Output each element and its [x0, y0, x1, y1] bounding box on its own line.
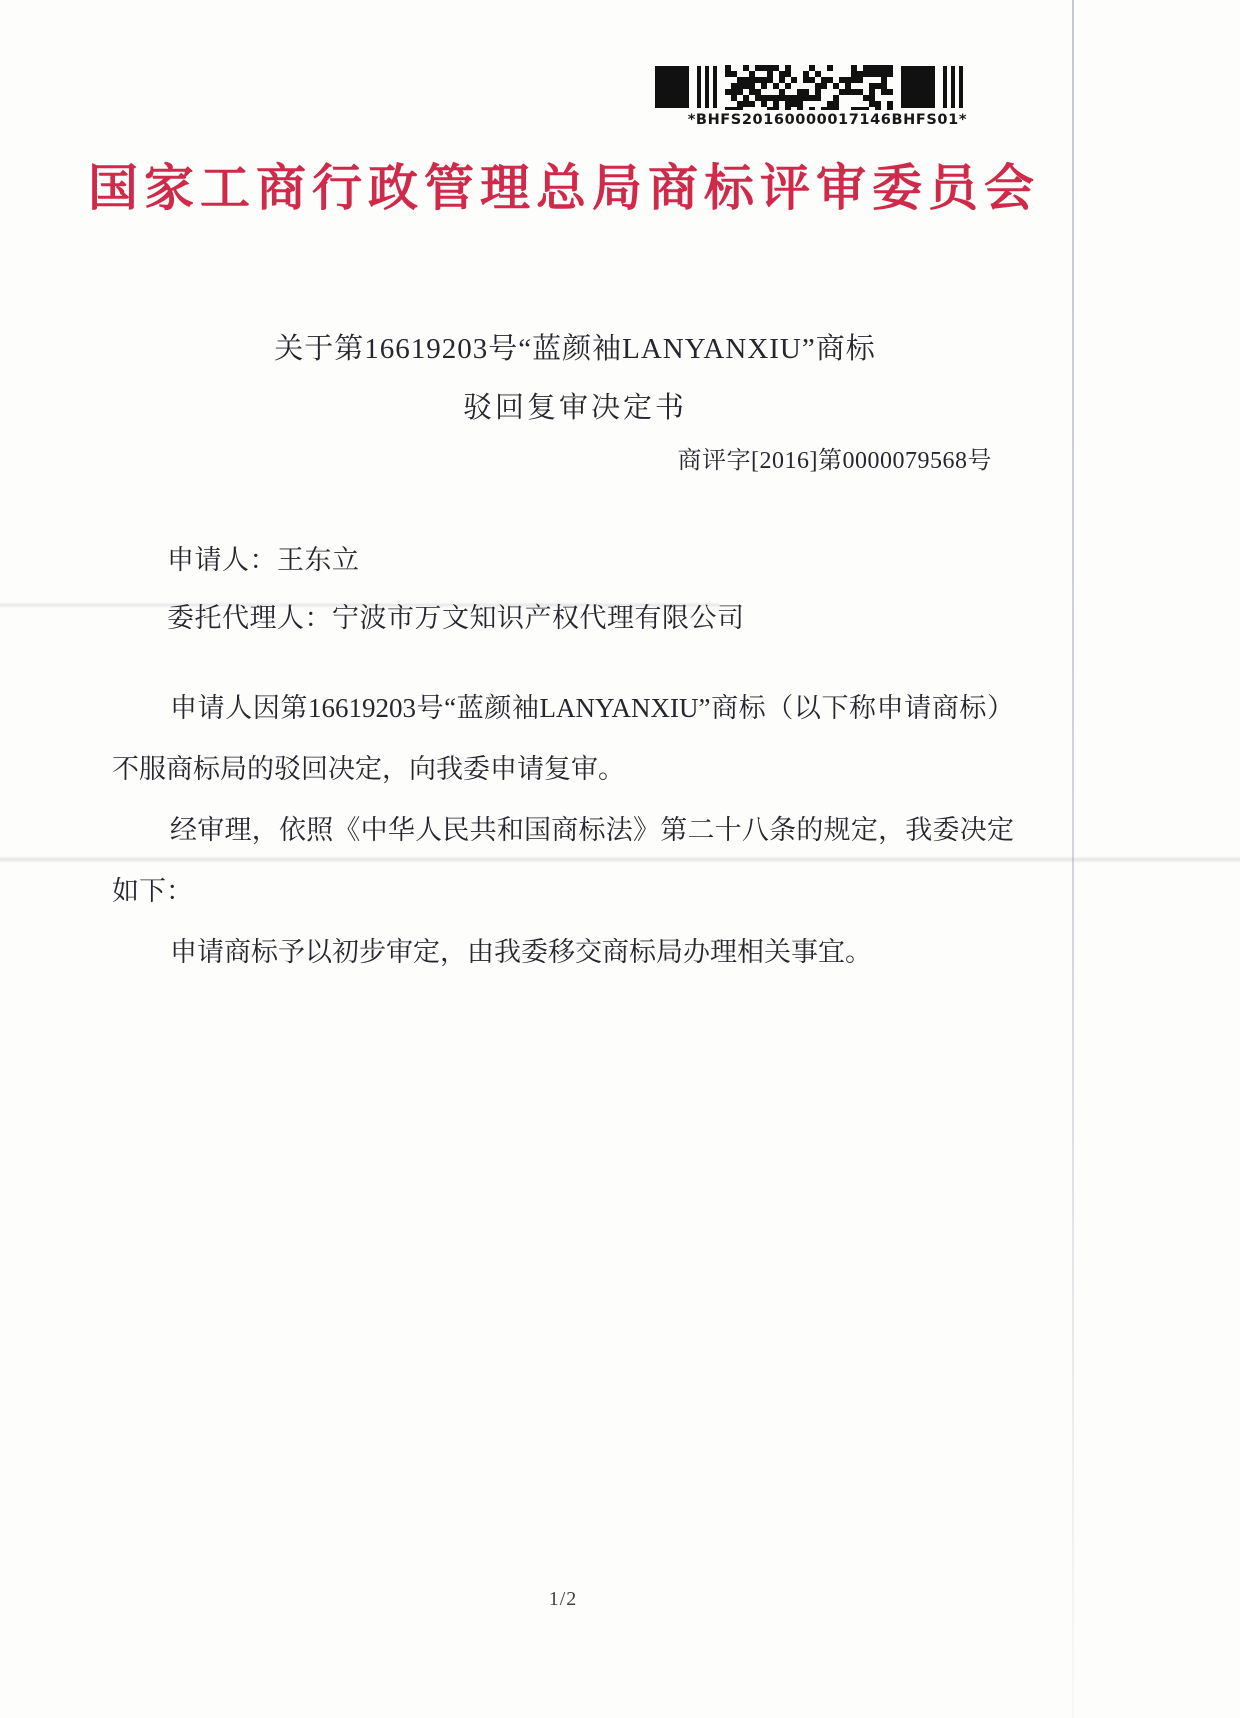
- doc-title-line1: 关于第16619203号“蓝颜袖LANYANXIU”商标: [25, 326, 1125, 367]
- applicant-name: 王东立: [277, 545, 360, 575]
- document-page: *BHFS20160000017146BHFS01* 国家工商行政管理总局商标评…: [0, 0, 1240, 1718]
- barcode-text: *BHFS20160000017146BHFS01*: [655, 112, 967, 128]
- org-title: 国家工商行政管理总局商标评审委员会: [88, 148, 1022, 220]
- body-text: 申请人因第16619203号“蓝颜袖LANYANXIU”商标（以下称申请商标）不…: [112, 678, 1014, 983]
- barcode-image: [655, 64, 967, 110]
- body-paragraph: 经审理，依照《中华人民共和国商标法》第二十八条的规定，我委决定如下：: [112, 800, 1014, 922]
- agent-line: 委托代理人：宁波市万文知识产权代理有限公司: [167, 596, 745, 635]
- ref-number: 商评字[2016]第0000079568号: [0, 440, 992, 475]
- barcode: *BHFS20160000017146BHFS01*: [655, 64, 967, 128]
- agent-label: 委托代理人：: [167, 603, 332, 633]
- agent-name: 宁波市万文知识产权代理有限公司: [332, 603, 745, 633]
- doc-title-line2: 驳回复审决定书: [25, 385, 1125, 426]
- body-paragraph: 申请人因第16619203号“蓝颜袖LANYANXIU”商标（以下称申请商标）不…: [112, 678, 1014, 800]
- page-number: 1/2: [0, 1588, 1126, 1611]
- applicant-label: 申请人：: [167, 545, 277, 575]
- applicant-line: 申请人：王东立: [167, 538, 360, 577]
- body-paragraph: 申请商标予以初步审定，由我委移交商标局办理相关事宜。: [112, 922, 1014, 983]
